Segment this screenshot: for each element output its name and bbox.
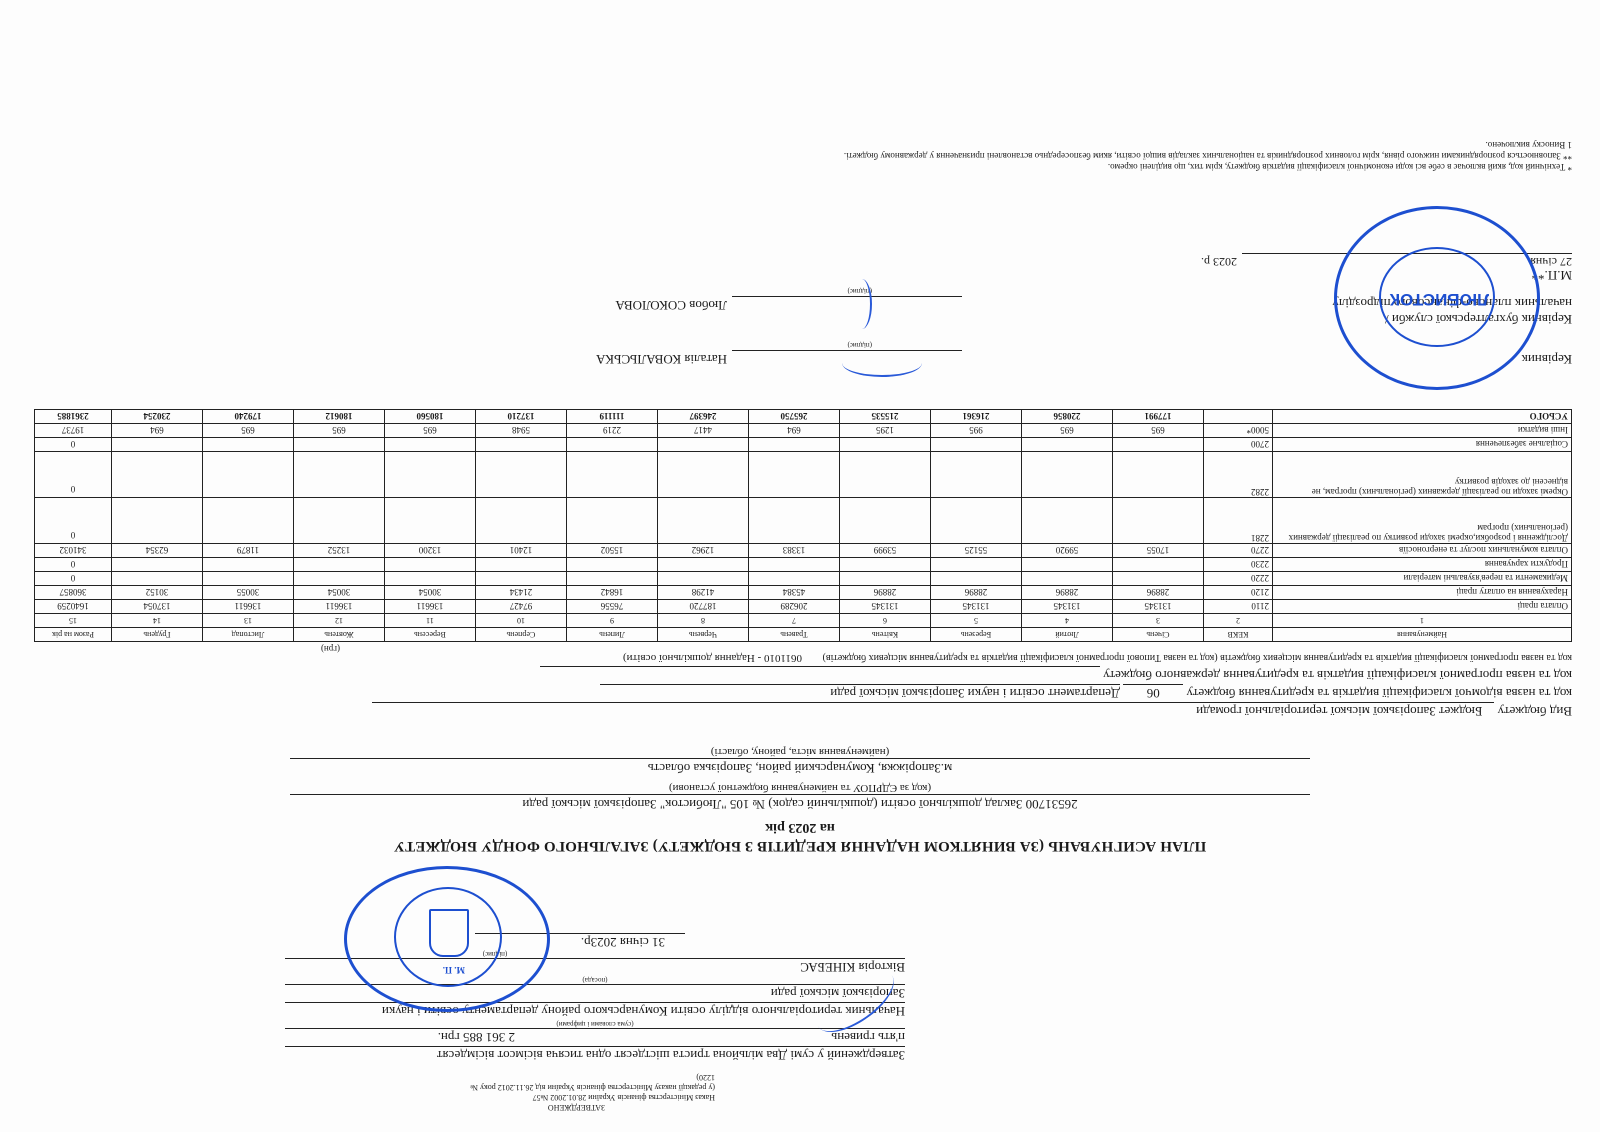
month-value: 695 <box>385 424 476 438</box>
row-total: 0 <box>35 438 112 452</box>
month-value <box>931 558 1022 572</box>
table-row: Оплата комунальних послуг та енергоносії… <box>35 544 1572 558</box>
column-header: Січень <box>1113 628 1204 642</box>
month-value: 53999 <box>840 544 931 558</box>
department-row: код та назва відомчої класифікації видат… <box>262 684 1572 702</box>
month-value: 55125 <box>931 544 1022 558</box>
row-kekv: 5000* <box>1204 424 1273 438</box>
month-value <box>658 558 749 572</box>
column-header: Березень <box>931 628 1022 642</box>
month-value: 30152 <box>112 586 203 600</box>
row-kekv: 2270 <box>1204 544 1273 558</box>
row-name: Інші видатки <box>1273 424 1572 438</box>
column-number: 2 <box>1204 614 1273 628</box>
column-header: КЕКВ <box>1204 628 1273 642</box>
month-value <box>840 558 931 572</box>
month-value <box>749 498 840 544</box>
month-value: 12962 <box>658 544 749 558</box>
column-header: Жовтень <box>294 628 385 642</box>
month-value <box>1022 452 1113 498</box>
month-value: 694 <box>749 424 840 438</box>
month-value: 131345 <box>1022 600 1113 614</box>
month-value: 136611 <box>203 600 294 614</box>
month-value: 206289 <box>749 600 840 614</box>
appropriations-table: НайменуванняКЕКВСіченьЛютийБерезеньКвіте… <box>34 409 1572 642</box>
table-row: Інші видатки5000*69569599512956944417221… <box>35 424 1572 438</box>
row-kekv <box>1204 410 1273 424</box>
row-kekv: 2110 <box>1204 600 1273 614</box>
month-value <box>476 558 567 572</box>
month-value <box>840 498 931 544</box>
column-header: Липень <box>567 628 658 642</box>
month-value: 220856 <box>1022 410 1113 424</box>
row-kekv: 2230 <box>1204 558 1273 572</box>
month-value: 179240 <box>203 410 294 424</box>
month-value <box>385 452 476 498</box>
month-value: 5948 <box>476 424 567 438</box>
month-value: 30054 <box>385 586 476 600</box>
column-number: 7 <box>749 614 840 628</box>
month-value <box>567 438 658 452</box>
month-value: 216361 <box>931 410 1022 424</box>
month-value: 97427 <box>476 600 567 614</box>
column-number: 9 <box>567 614 658 628</box>
month-value: 13200 <box>385 544 476 558</box>
month-value <box>931 498 1022 544</box>
column-number: 1 <box>1273 614 1572 628</box>
approved-sum-text: Затверджений у сумі Два мільйона триста … <box>285 1046 905 1064</box>
row-name: Продукти харчування <box>1273 558 1572 572</box>
stamp-center-text: ЛЮБИСТОК <box>1390 289 1489 309</box>
month-value: 230254 <box>112 410 203 424</box>
month-value <box>1113 558 1204 572</box>
column-number: 10 <box>476 614 567 628</box>
row-kekv: 2282 <box>1204 452 1273 498</box>
month-value: 215535 <box>840 410 931 424</box>
column-number: 11 <box>385 614 476 628</box>
month-value: 30054 <box>294 586 385 600</box>
approved-sum-text-2: п'ять гривень 2 361 885 грн. <box>285 1028 905 1046</box>
month-value: 131345 <box>931 600 1022 614</box>
month-value <box>1113 498 1204 544</box>
column-header: Квітень <box>840 628 931 642</box>
column-header: Червень <box>658 628 749 642</box>
row-name: Дослідження і розробки,окремі заходи роз… <box>1273 498 1572 544</box>
institution-name: 26531700 Заклад дошкільної освіти (дошкі… <box>290 794 1310 812</box>
footnote-3: 1 Виноску виключено. <box>844 139 1572 150</box>
location-value: м.Запоріжжя, Комунарський район, Запоріз… <box>290 758 1310 776</box>
month-value: 995 <box>931 424 1022 438</box>
month-value <box>567 558 658 572</box>
head-signature-caption: (підпис) <box>847 341 872 349</box>
order-reference-3: 1220) <box>285 1072 715 1082</box>
row-total: 0 <box>35 452 112 498</box>
month-value: 111119 <box>567 410 658 424</box>
document-title: ПЛАН АСИГНУВАНЬ (ЗА ВИНЯТКОМ НАДАННЯ КРЕ… <box>0 837 1600 854</box>
row-kekv: 2120 <box>1204 586 1273 600</box>
order-reference-2: (у редакції наказу Міністерства фінансів… <box>285 1082 715 1092</box>
month-value <box>749 438 840 452</box>
month-value: 28896 <box>931 586 1022 600</box>
month-value <box>203 498 294 544</box>
month-value: 1295 <box>840 424 931 438</box>
month-value: 15502 <box>567 544 658 558</box>
month-value: 28896 <box>1022 586 1113 600</box>
month-value: 695 <box>294 424 385 438</box>
month-value <box>476 498 567 544</box>
table-row: Окремі заходи по реалізації державних (р… <box>35 452 1572 498</box>
month-value: 62354 <box>112 544 203 558</box>
month-value: 28896 <box>1113 586 1204 600</box>
head-name: Наталія КОВАЛЬСЬКА <box>596 351 727 367</box>
scanned-document-page: ЗАТВЕРДЖЕНО Наказ Міністерства фінансів … <box>0 0 1600 1132</box>
table-column-number-row: 123456789101112131415 <box>35 614 1572 628</box>
accountant-name: Любов СОКОЛОВА <box>615 297 727 313</box>
month-value: 136611 <box>385 600 476 614</box>
month-value <box>294 452 385 498</box>
month-value: 2219 <box>567 424 658 438</box>
row-name: УСЬОГО <box>1273 410 1572 424</box>
local-program-value: 0611010 - Надання дошкільної освіти) <box>623 652 802 664</box>
month-value <box>749 452 840 498</box>
month-value: 45384 <box>749 586 840 600</box>
department-value: Департамент освіти і науки Запорізької м… <box>600 684 1120 702</box>
table-header-row: НайменуванняКЕКВСіченьЛютийБерезеньКвіте… <box>35 628 1572 642</box>
month-value <box>476 572 567 586</box>
month-value <box>567 572 658 586</box>
month-value <box>749 558 840 572</box>
month-value: 137210 <box>476 410 567 424</box>
month-value: 136611 <box>294 600 385 614</box>
column-number: 3 <box>1113 614 1204 628</box>
row-total: 341032 <box>35 544 112 558</box>
month-value: 695 <box>1022 424 1113 438</box>
row-name: Оплата праці <box>1273 600 1572 614</box>
month-value <box>294 438 385 452</box>
location-caption: (найменування міста, району, області) <box>290 746 1310 758</box>
month-value: 187720 <box>658 600 749 614</box>
stamp-mark: М. П. <box>443 965 465 975</box>
month-value: 177991 <box>1113 410 1204 424</box>
month-value <box>658 452 749 498</box>
currency-note: (грн) <box>321 644 340 654</box>
month-value <box>476 438 567 452</box>
month-value: 13252 <box>294 544 385 558</box>
month-value <box>203 452 294 498</box>
month-value <box>294 572 385 586</box>
month-value <box>476 452 567 498</box>
row-kekv: 2700 <box>1204 438 1273 452</box>
footnotes: * Технічний код, який включає в себе всі… <box>844 139 1572 172</box>
institution-block: 26531700 Заклад дошкільної освіти (дошкі… <box>290 740 1310 812</box>
column-header: Лютий <box>1022 628 1113 642</box>
month-value <box>112 572 203 586</box>
month-value: 695 <box>1113 424 1204 438</box>
month-value: 265750 <box>749 410 840 424</box>
row-total: 2361885 <box>35 410 112 424</box>
month-value: 4417 <box>658 424 749 438</box>
month-value <box>1022 498 1113 544</box>
accountant-signature-line <box>732 296 962 313</box>
table-row: Медикаменти та перев'язувальні матеріали… <box>35 572 1572 586</box>
row-name: Окремі заходи по реалізації державних (р… <box>1273 452 1572 498</box>
head-label: Керівник <box>1522 351 1572 367</box>
month-value <box>840 452 931 498</box>
month-value <box>567 498 658 544</box>
month-value <box>1022 438 1113 452</box>
approved-sum-digits: 2 361 885 грн. <box>438 1029 515 1046</box>
month-value: 16842 <box>567 586 658 600</box>
month-value: 21434 <box>476 586 567 600</box>
signature-date-year: 2023 р. <box>1201 254 1237 269</box>
table-row: Дослідження і розробки,окремі заходи роз… <box>35 498 1572 544</box>
row-name: Нарахування на оплату праці <box>1273 586 1572 600</box>
month-value: 246397 <box>658 410 749 424</box>
month-value <box>1113 452 1204 498</box>
month-value <box>1022 558 1113 572</box>
column-header: Серпень <box>476 628 567 642</box>
month-value <box>294 558 385 572</box>
document-title-block: ПЛАН АСИГНУВАНЬ (ЗА ВИНЯТКОМ НАДАННЯ КРЕ… <box>0 819 1600 854</box>
month-value <box>658 498 749 544</box>
month-value: 41298 <box>658 586 749 600</box>
accountant-signature <box>852 279 872 329</box>
month-value <box>931 452 1022 498</box>
month-value <box>385 498 476 544</box>
column-header: Листопад <box>203 628 294 642</box>
month-value <box>112 438 203 452</box>
month-value <box>840 572 931 586</box>
month-value: 11879 <box>203 544 294 558</box>
row-total: 19737 <box>35 424 112 438</box>
month-value: 76556 <box>567 600 658 614</box>
month-value: 13383 <box>749 544 840 558</box>
month-value: 131345 <box>840 600 931 614</box>
month-value <box>385 558 476 572</box>
column-header: Вересень <box>385 628 476 642</box>
budget-parameters: Вид бюджету Бюджет Запорізької міської т… <box>262 649 1572 720</box>
column-number: 13 <box>203 614 294 628</box>
month-value: 695 <box>203 424 294 438</box>
row-kekv: 2281 <box>1204 498 1273 544</box>
column-header: Разом на рік <box>35 628 112 642</box>
month-value <box>112 452 203 498</box>
footnote-1: * Технічний код, який включає в себе всі… <box>844 161 1572 172</box>
table-row: Оплата праці2110131345131345131345131345… <box>35 600 1572 614</box>
row-name: Медикаменти та перев'язувальні матеріали <box>1273 572 1572 586</box>
month-value: 694 <box>112 424 203 438</box>
month-value <box>1022 572 1113 586</box>
month-value: 59920 <box>1022 544 1113 558</box>
month-value: 30055 <box>203 586 294 600</box>
month-value: 180560 <box>385 410 476 424</box>
column-header: Грудень <box>112 628 203 642</box>
table-row: Продукти харчування22300 <box>35 558 1572 572</box>
column-number: 4 <box>1022 614 1113 628</box>
table-row: Нарахування на оплату праці2120288962889… <box>35 586 1572 600</box>
month-value <box>931 572 1022 586</box>
month-value <box>658 572 749 586</box>
month-value: 17055 <box>1113 544 1204 558</box>
approval-form-title: ЗАТВЕРДЖЕНО <box>285 1102 605 1112</box>
head-signature <box>842 349 922 377</box>
row-total: 0 <box>35 498 112 544</box>
sum-caption: (сума словами і цифрами) <box>285 1020 905 1028</box>
signature-date-day: 27 січня <box>1530 255 1572 269</box>
month-value: 131345 <box>1113 600 1204 614</box>
department-code: 06 <box>1123 684 1183 702</box>
column-header: Найменування <box>1273 628 1572 642</box>
row-name: Соціальне забезпечення <box>1273 438 1572 452</box>
column-number: 8 <box>658 614 749 628</box>
column-number: 15 <box>35 614 112 628</box>
row-total: 360857 <box>35 586 112 600</box>
footnote-2: ** Заповнюється розпорядниками нижчого р… <box>844 150 1572 161</box>
column-header: Травень <box>749 628 840 642</box>
column-number: 14 <box>112 614 203 628</box>
month-value: 28896 <box>840 586 931 600</box>
row-kekv: 2220 <box>1204 572 1273 586</box>
row-total: 0 <box>35 572 112 586</box>
table-total-row: УСЬОГО1779912208562163612155352657502463… <box>35 410 1572 424</box>
month-value <box>749 572 840 586</box>
row-total: 1640259 <box>35 600 112 614</box>
trident-emblem-icon <box>429 909 469 957</box>
month-value <box>294 498 385 544</box>
month-value <box>112 558 203 572</box>
local-program-row: код та назва програмної класифікації вид… <box>262 649 1572 666</box>
month-value <box>203 558 294 572</box>
month-value <box>1113 572 1204 586</box>
document-year: на 2023 рік <box>0 819 1600 835</box>
budget-type-row: Вид бюджету Бюджет Запорізької міської т… <box>262 702 1572 720</box>
month-value <box>385 572 476 586</box>
month-value <box>203 438 294 452</box>
column-number: 6 <box>840 614 931 628</box>
month-value: 12401 <box>476 544 567 558</box>
budget-type-value: Бюджет Запорізької міської територіально… <box>372 702 1494 720</box>
table-row: Соціальне забезпечення27000 <box>35 438 1572 452</box>
month-value <box>1113 438 1204 452</box>
institution-stamp: ЛЮБИСТОК <box>1334 206 1540 390</box>
approver-stamp: М. П. <box>344 866 550 1012</box>
month-value <box>840 438 931 452</box>
approver-position-1: Начальник територіального відділу освіти… <box>285 1002 905 1020</box>
order-reference-1: Наказ Міністерства фінансів України 28.0… <box>285 1092 715 1102</box>
month-value <box>385 438 476 452</box>
row-total: 0 <box>35 558 112 572</box>
month-value <box>931 438 1022 452</box>
column-number: 12 <box>294 614 385 628</box>
month-value <box>567 452 658 498</box>
state-program-row: код та назва програмної класифікації вид… <box>262 666 1572 684</box>
column-number: 5 <box>931 614 1022 628</box>
month-value <box>203 572 294 586</box>
month-value: 137054 <box>112 600 203 614</box>
institution-caption: (код за ЄДРПОУ та найменування бюджетної… <box>290 782 1310 794</box>
month-value <box>658 438 749 452</box>
row-name: Оплата комунальних послуг та енергоносії… <box>1273 544 1572 558</box>
month-value: 180612 <box>294 410 385 424</box>
month-value <box>112 498 203 544</box>
